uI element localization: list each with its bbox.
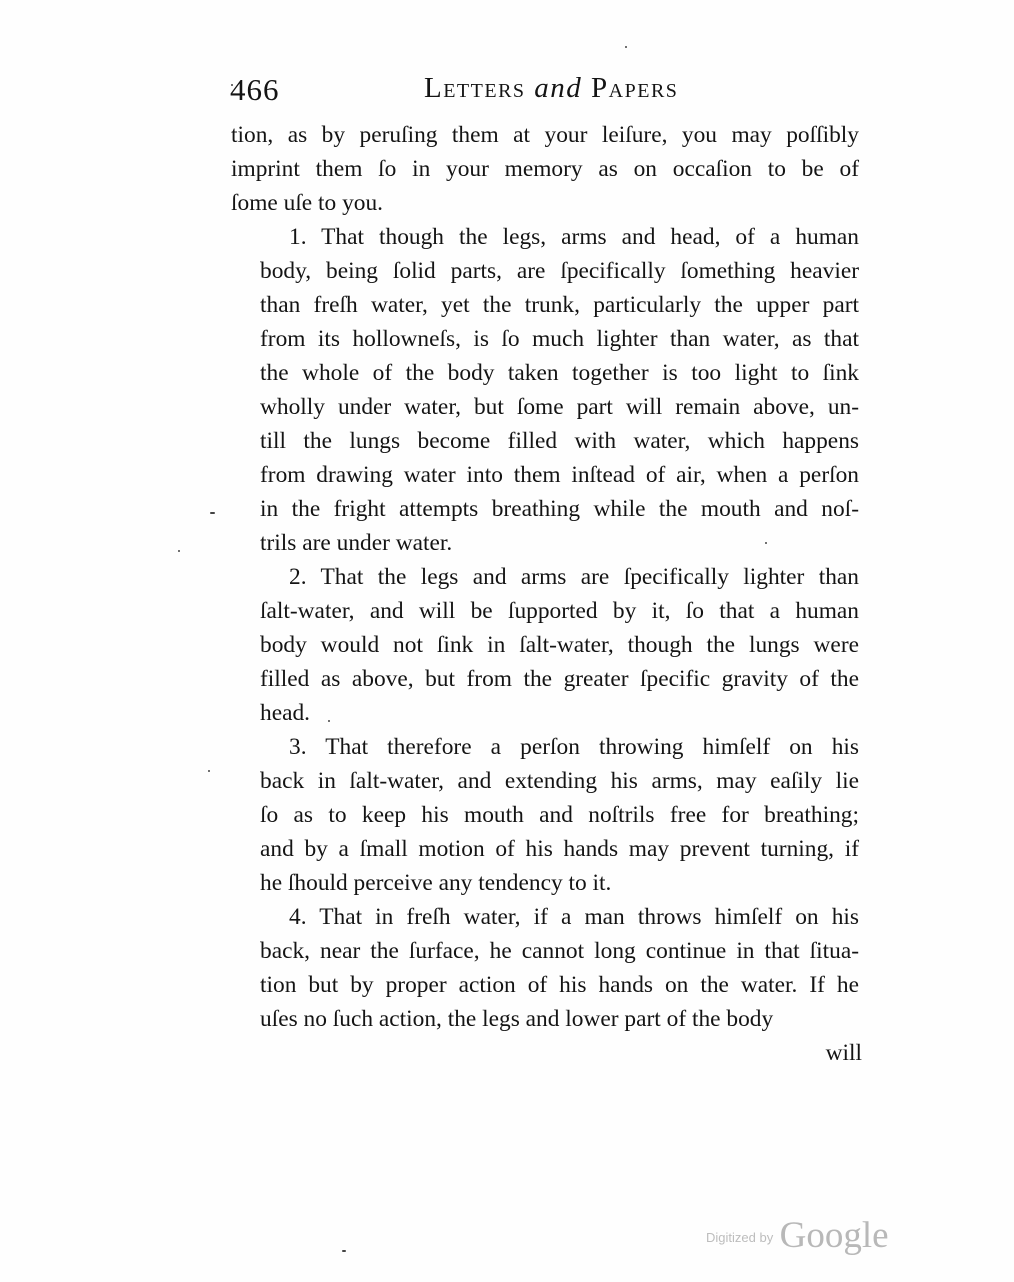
- text-line: uſes no ſuch action, the legs and lower …: [231, 1002, 859, 1036]
- scan-speck: [210, 512, 215, 514]
- scan-speck: [765, 542, 767, 544]
- catchword: will: [826, 1040, 862, 1067]
- text-line: ſalt-water, and will be ſupported by it,…: [231, 594, 859, 628]
- scan-speck: [625, 46, 627, 48]
- text-line: tion but by proper action of his hands o…: [231, 968, 859, 1002]
- text-line: ſome uſe to you.: [231, 186, 859, 220]
- paragraph: 1. That though the legs, arms and head, …: [231, 220, 859, 560]
- text-line: ſo as to keep his mouth and noſtrils fre…: [231, 798, 859, 832]
- text-line: body would not ſink in ſalt-water, thoug…: [231, 628, 859, 662]
- running-head-part2: Papers: [582, 72, 678, 104]
- text-line: 3. That therefore a perſon throwing himſ…: [231, 730, 859, 764]
- text-line: wholly under water, but ſome part will r…: [231, 390, 859, 424]
- running-head-part1: Letters: [424, 72, 534, 104]
- text-line: 2. That the legs and arms are ſpecifical…: [231, 560, 859, 594]
- paragraph: tion, as by peruſing them at your leiſur…: [231, 118, 859, 220]
- text-line: in the fright attempts breathing while t…: [231, 492, 859, 526]
- page-number: 466: [230, 72, 280, 108]
- paragraph: 4. That in freſh water, if a man throws …: [231, 900, 859, 1036]
- text-line: head.: [231, 696, 859, 730]
- digitized-by-google-watermark: Digitized by Google: [706, 1214, 889, 1257]
- google-logo: Google: [780, 1215, 889, 1256]
- paragraph: 3. That therefore a perſon throwing himſ…: [231, 730, 859, 900]
- running-head-italic: and: [534, 72, 582, 104]
- text-line: body, being ſolid parts, are ſpecificall…: [231, 254, 859, 288]
- page-header: 466 Letters and Papers: [228, 70, 860, 110]
- body-text: tion, as by peruſing them at your leiſur…: [231, 118, 859, 1036]
- text-line: till the lungs become filled with water,…: [231, 424, 859, 458]
- text-line: 1. That though the legs, arms and head, …: [231, 220, 859, 254]
- text-line: 4. That in freſh water, if a man throws …: [231, 900, 859, 934]
- text-line: the whole of the body taken together is …: [231, 356, 859, 390]
- scan-speck: [328, 720, 330, 722]
- text-line: from its hollowneſs, is ſo much lighter …: [231, 322, 859, 356]
- scan-speck: [208, 770, 210, 772]
- scan-speck: [231, 84, 233, 86]
- running-head: Letters and Papers: [424, 72, 678, 105]
- text-line: than freſh water, yet the trunk, particu…: [231, 288, 859, 322]
- text-line: he ſhould perceive any tendency to it.: [231, 866, 859, 900]
- scan-speck: [342, 1250, 346, 1252]
- paragraph: 2. That the legs and arms are ſpecifical…: [231, 560, 859, 730]
- scan-speck: [178, 550, 180, 552]
- text-line: back in ſalt-water, and extending his ar…: [231, 764, 859, 798]
- text-line: from drawing water into them inſtead of …: [231, 458, 859, 492]
- text-line: tion, as by peruſing them at your leiſur…: [231, 118, 859, 152]
- text-line: filled as above, but from the greater ſp…: [231, 662, 859, 696]
- text-line: imprint them ſo in your memory as on occ…: [231, 152, 859, 186]
- watermark-prefix: Digitized by: [706, 1230, 773, 1245]
- text-line: back, near the ſurface, he cannot long c…: [231, 934, 859, 968]
- book-page: 466 Letters and Papers tion, as by peruſ…: [0, 0, 1014, 1282]
- text-line: and by a ſmall motion of his hands may p…: [231, 832, 859, 866]
